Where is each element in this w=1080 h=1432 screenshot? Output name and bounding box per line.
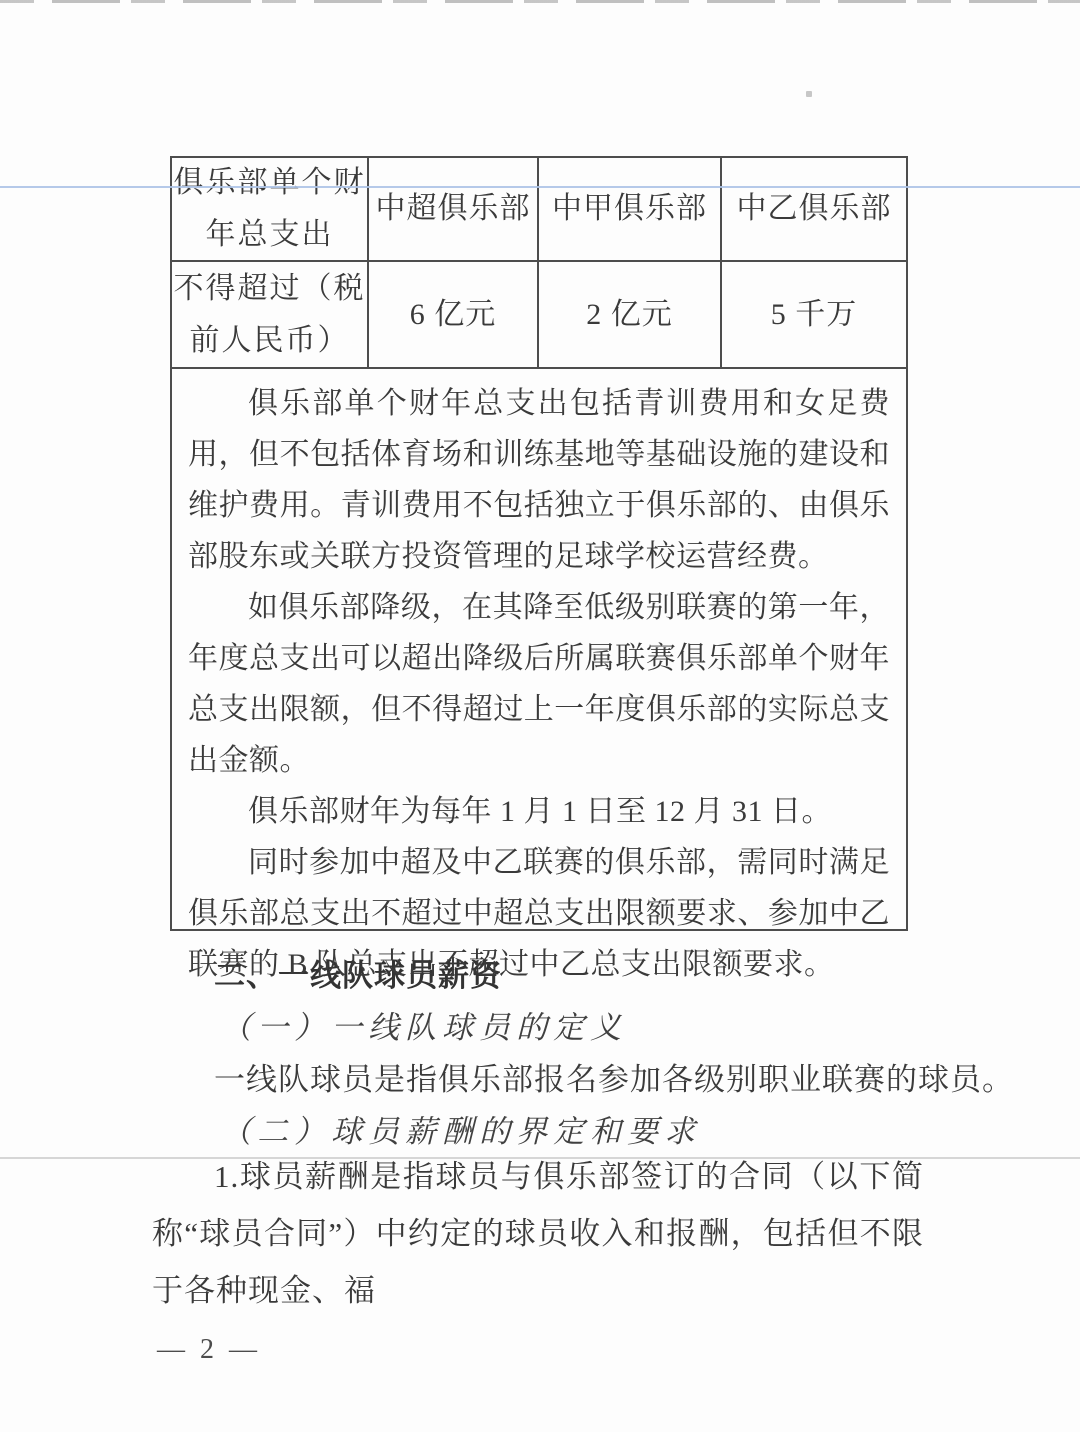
table-cell-text: 5 千万 bbox=[771, 289, 858, 341]
sub-heading-salary-requirements: （二）球员薪酬的界定和要求 bbox=[152, 1106, 924, 1151]
table-cell-text: 不得超过（税前人民币） bbox=[172, 263, 367, 367]
table-cell-text: 2 亿元 bbox=[586, 289, 673, 341]
document-page: 俱乐部单个财年总支出 中超俱乐部 中甲俱乐部 中乙俱乐部 不得超过（税前人民币）… bbox=[0, 0, 1080, 1432]
table-cell-text: 6 亿元 bbox=[410, 289, 497, 341]
table-notes-cell: 俱乐部单个财年总支出包括青训费用和女足费用，但不包括体育场和训练基地等基础设施的… bbox=[172, 369, 906, 990]
table-cell-text: 中超俱乐部 bbox=[376, 183, 531, 235]
table-cell-csl-header: 中超俱乐部 bbox=[369, 158, 539, 262]
note-paragraph-relegation: 如俱乐部降级，在其降至低级别联赛的第一年，年度总支出可以超出降级后所属联赛俱乐部… bbox=[188, 582, 890, 786]
salary-definition-paragraph: 1.球员薪酬是指球员与俱乐部签订的合同（以下简称“球员合同”）中约定的球员收入和… bbox=[152, 1148, 924, 1319]
note-paragraph-fiscal-year: 俱乐部财年为每年 1 月 1 日至 12 月 31 日。 bbox=[188, 786, 890, 837]
definition-text: 一线队球员是指俱乐部报名参加各级别职业联赛的球员。 bbox=[152, 1054, 924, 1099]
scan-edge-artifact bbox=[0, 0, 1080, 3]
table-cell-league1-header: 中甲俱乐部 bbox=[539, 158, 722, 262]
note-paragraph-dual-league: 同时参加中超及中乙联赛的俱乐部，需同时满足俱乐部总支出不超过中超总支出限额要求、… bbox=[188, 837, 890, 990]
table-cell-league2-header: 中乙俱乐部 bbox=[722, 158, 906, 262]
sub-heading-definition: （一）一线队球员的定义 bbox=[152, 1002, 924, 1047]
table-cell-league1-limit: 2 亿元 bbox=[539, 262, 722, 369]
blue-ruled-line-artifact bbox=[0, 186, 1080, 188]
scan-speck-artifact bbox=[806, 91, 812, 97]
table-cell-text: 中甲俱乐部 bbox=[552, 183, 707, 235]
page-number: — 2 — bbox=[157, 1334, 261, 1366]
gray-ruled-line-artifact bbox=[0, 1157, 1080, 1159]
spending-cap-table: 俱乐部单个财年总支出 中超俱乐部 中甲俱乐部 中乙俱乐部 不得超过（税前人民币）… bbox=[170, 156, 908, 931]
table-cell-text: 俱乐部单个财年总支出 bbox=[172, 157, 367, 261]
note-paragraph-youth-costs: 俱乐部单个财年总支出包括青训费用和女足费用，但不包括体育场和训练基地等基础设施的… bbox=[188, 378, 890, 582]
table-cell-league2-limit: 5 千万 bbox=[722, 262, 906, 369]
table-cell-text: 中乙俱乐部 bbox=[737, 183, 892, 235]
table-cell-limit-label: 不得超过（税前人民币） bbox=[172, 262, 369, 369]
table-cell-category-header: 俱乐部单个财年总支出 bbox=[172, 158, 369, 262]
table-cell-csl-limit: 6 亿元 bbox=[369, 262, 539, 369]
